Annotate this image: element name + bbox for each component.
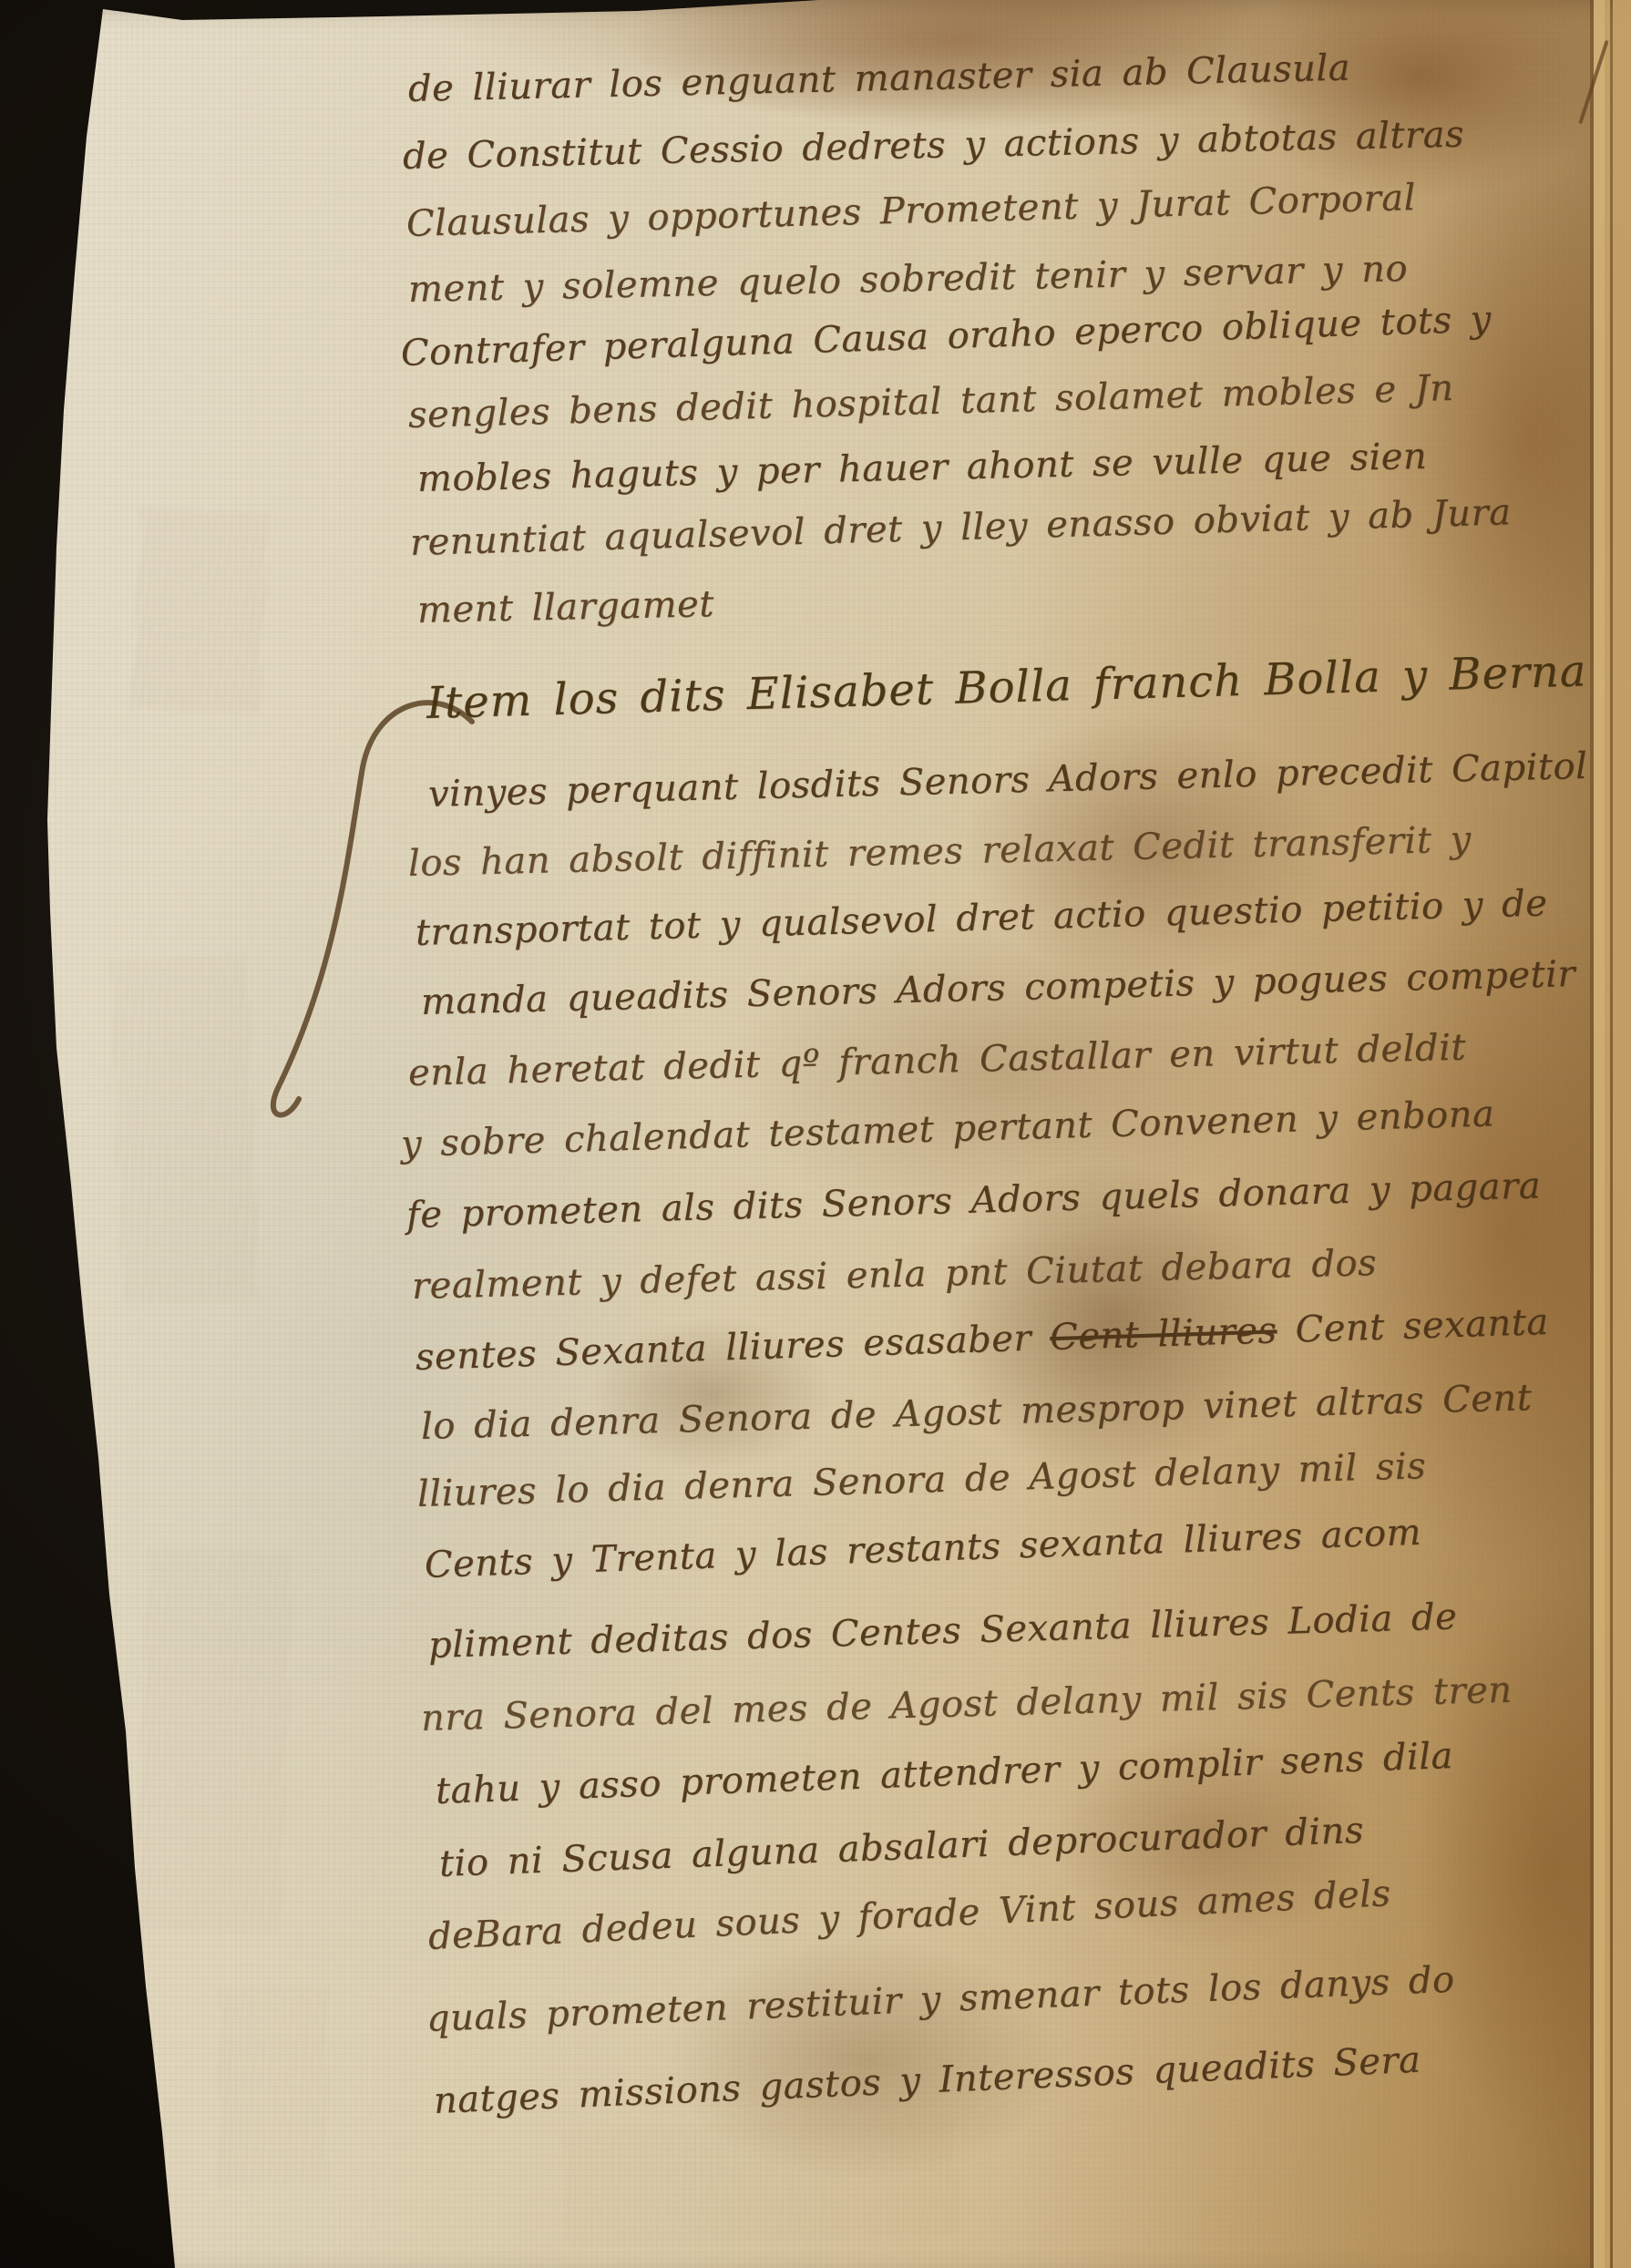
manuscript-text-block: de lliurar los enguant manaster sia ab C…	[0, 0, 1631, 2268]
page-gutter-fold	[1590, 0, 1631, 2268]
struck-words: Cent lliures	[1049, 1309, 1277, 1359]
manuscript-line: sengles bens dedit hospital tant solamet…	[407, 370, 1453, 434]
manuscript-line: enla heretat dedit qº franch Castallar e…	[408, 1030, 1467, 1092]
manuscript-line-item-start: Item los dits Elisabet Bolla franch Boll…	[426, 649, 1587, 725]
manuscript-line: los han absolt diffinit remes relaxat Ce…	[408, 822, 1472, 882]
manuscript-page: de lliurar los enguant manaster sia ab C…	[0, 0, 1631, 2268]
manuscript-line: tio ni Scusa alguna absalari deprocurado…	[438, 1812, 1364, 1883]
manuscript-line: pliment deditas dos Centes Sexanta lliur…	[427, 1598, 1457, 1664]
manuscript-line: deBara dedeu sous y forade Vint sous ame…	[427, 1875, 1391, 1955]
manuscript-line: de lliurar los enguant manaster sia ab C…	[408, 50, 1351, 108]
manuscript-line: quals prometen restituir y smenar tots l…	[426, 1962, 1455, 2037]
manuscript-line: tahu y asso prometen attendrer y complir…	[435, 1738, 1453, 1810]
manuscript-line: Cents y Trenta y las restants sexanta ll…	[424, 1514, 1421, 1584]
manuscript-line: de Constitut Cessio dedrets y actions y …	[403, 117, 1465, 175]
manuscript-line: mobles haguts y per hauer ahont se vulle…	[417, 438, 1428, 498]
manuscript-line: realment y defet assi enla pnt Ciutat de…	[412, 1245, 1378, 1305]
manuscript-line: vinyes perquant losdits Senors Adors enl…	[428, 748, 1588, 813]
manuscript-line: sentes Sexanta lliures esasaber Cent lli…	[415, 1304, 1549, 1376]
manuscript-line: lo dia denra Senora de Agost mesprop vin…	[420, 1380, 1532, 1445]
manuscript-line: Clausulas y opportunes Prometent y Jurat…	[405, 180, 1416, 242]
manuscript-line: natges missions gastos y Interessos quea…	[433, 2042, 1421, 2119]
manuscript-line: y sobre chalendat testamet pertant Conve…	[400, 1095, 1494, 1163]
manuscript-line: ment llargamet	[417, 586, 715, 629]
manuscript-line: Contrafer peralguna Causa oraho eperco o…	[400, 301, 1492, 372]
manuscript-line: ment y solemne quelo sobredit tenir y se…	[408, 251, 1409, 308]
manuscript-line: fe prometen als dits Senors Adors quels …	[405, 1167, 1541, 1234]
manuscript-line: nra Senora del mes de Agost delany mil s…	[420, 1672, 1512, 1737]
manuscript-line: transportat tot y qualsevol dret actio q…	[415, 885, 1547, 951]
manuscript-line: lliures lo dia denra Senora de Agost del…	[416, 1448, 1426, 1513]
manuscript-line: manda queadits Senors Adors competis y p…	[421, 956, 1576, 1021]
manuscript-line: renuntiat aqualsevol dret y lley enasso …	[409, 494, 1512, 561]
